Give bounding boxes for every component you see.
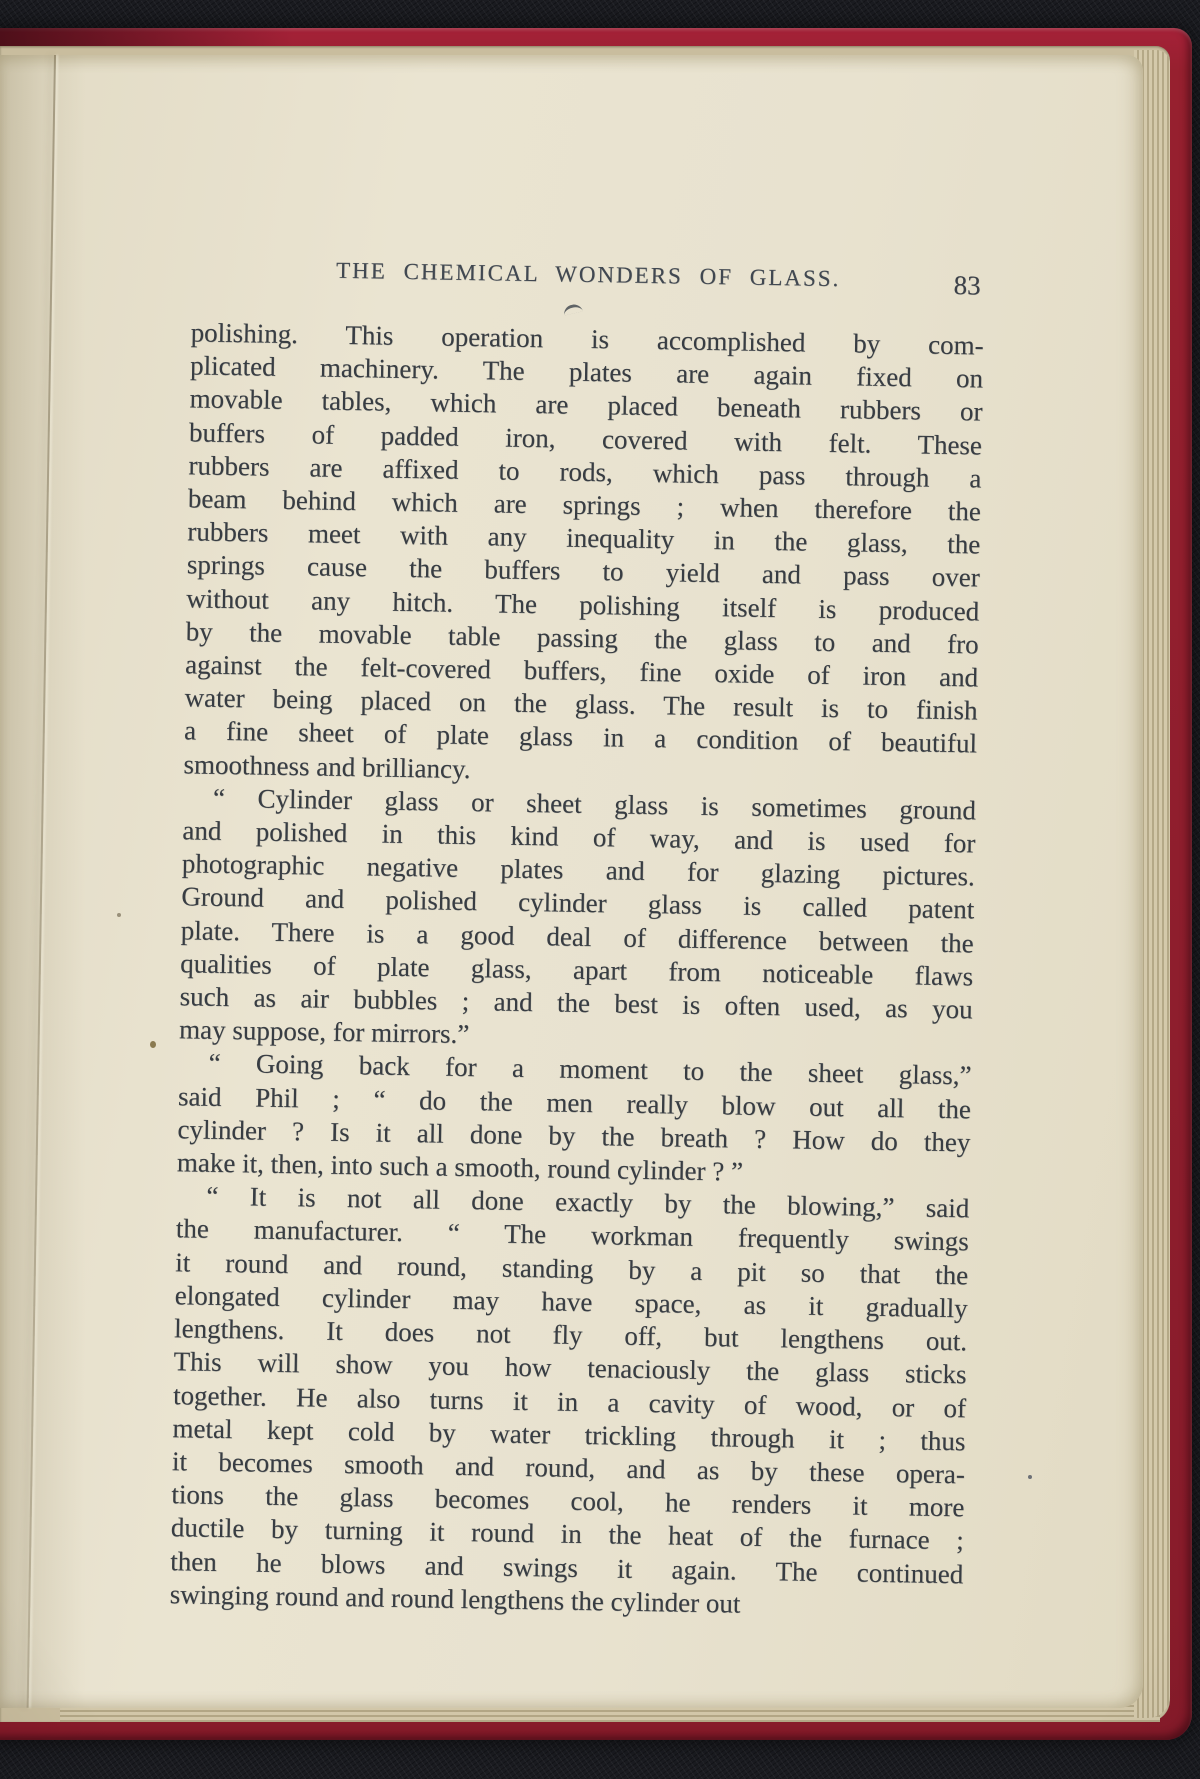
paragraph: “ Cylinder glass or sheet glass is somet… bbox=[179, 781, 976, 1060]
paragraph: “ It is not all done exactly by the blow… bbox=[170, 1179, 970, 1624]
page-header: THE CHEMICAL WONDERS OF GLASS. 83 bbox=[192, 254, 985, 295]
page-number: 83 bbox=[953, 271, 980, 299]
page-gutter bbox=[0, 55, 90, 1708]
photo-background: THE CHEMICAL WONDERS OF GLASS. 83 polish… bbox=[0, 0, 1200, 1779]
paragraph: polishing. This operation is accomplishe… bbox=[183, 316, 984, 794]
page-content: THE CHEMICAL WONDERS OF GLASS. 83 polish… bbox=[170, 254, 985, 1624]
body-text: polishing. This operation is accomplishe… bbox=[170, 316, 984, 1624]
paragraph: “ Going back for a moment to the sheet g… bbox=[177, 1047, 972, 1193]
page-speck bbox=[150, 1041, 156, 1048]
book-page: THE CHEMICAL WONDERS OF GLASS. 83 polish… bbox=[0, 55, 1143, 1708]
pen-mark bbox=[562, 303, 583, 316]
running-title: THE CHEMICAL WONDERS OF GLASS. bbox=[192, 254, 985, 295]
page-speck bbox=[1028, 1475, 1032, 1479]
page-speck bbox=[117, 913, 121, 917]
